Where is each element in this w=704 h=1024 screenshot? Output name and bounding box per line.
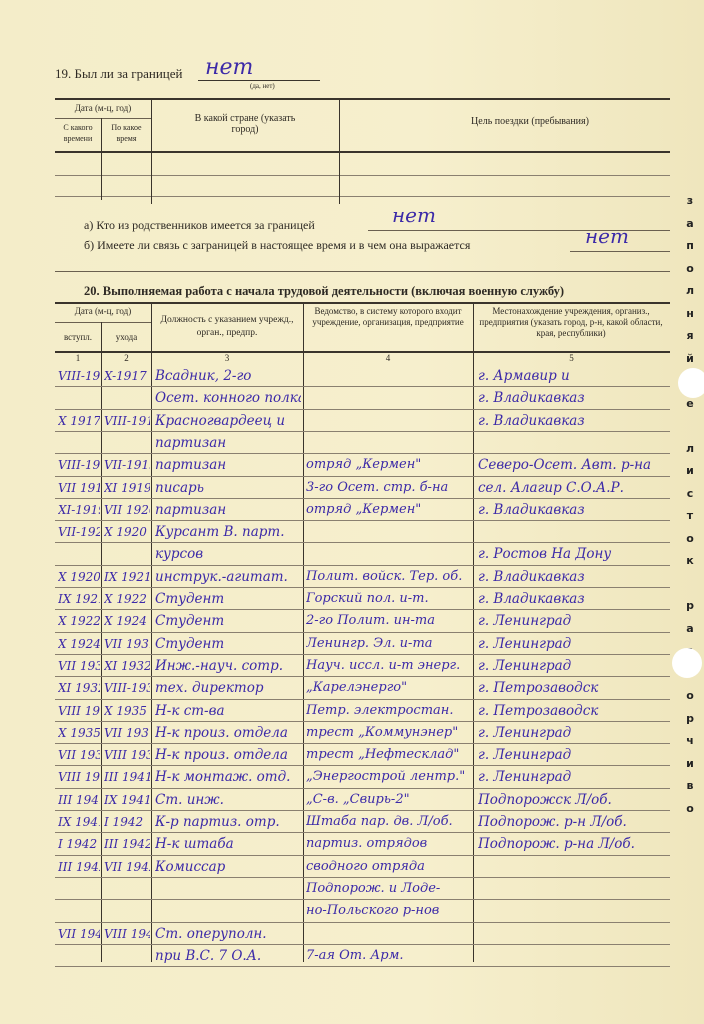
row-divider <box>55 386 670 387</box>
header-date-group: Дата (м-ц, год) <box>55 306 151 317</box>
cell-position: Осет. конного полка <box>155 388 301 408</box>
cell-location: г. Армавир и <box>478 366 668 386</box>
cell-position: Ст. оперуполн. <box>155 924 301 944</box>
cell-agency: Горский пол. и-т. <box>306 589 472 609</box>
header-position: Должность с указанием учрежд., орган., п… <box>156 314 298 340</box>
header-date-group: Дата (м-ц, год) <box>55 103 151 114</box>
cell-agency: 2-го Полит. ин-та <box>306 611 472 631</box>
col-num: 3 <box>151 353 303 364</box>
divider <box>55 196 670 197</box>
cell-start: X 1924 <box>58 634 100 654</box>
divider <box>339 98 340 204</box>
cell-start: VII 1919 <box>58 478 100 498</box>
cell-position: К-р партиз. отр. <box>155 812 301 832</box>
row-divider <box>55 855 670 856</box>
cell-position: Курсант В. парт. <box>155 522 301 542</box>
cell-position: партизан <box>155 433 301 453</box>
cell-end: VII 1931 <box>104 634 150 654</box>
cell-location: Подпорожск Л/об. <box>478 790 668 810</box>
divider <box>55 98 670 100</box>
cell-position: инструк.-агитат. <box>155 567 301 587</box>
margin-instruction: заполняйте листок разборчиво <box>683 190 697 820</box>
row-divider <box>55 409 670 410</box>
row-divider <box>55 431 670 432</box>
cell-end: XI 1919 <box>104 478 150 498</box>
cell-end: VII 1942 <box>104 857 150 877</box>
cell-position: Комиссар <box>155 857 301 877</box>
divider <box>55 175 670 176</box>
answer-underline <box>570 251 670 252</box>
row-divider <box>55 654 670 655</box>
divider <box>101 322 102 962</box>
document-page: 19. Был ли за границей нет (да, нет) Дат… <box>0 0 704 1024</box>
header-purpose: Цель поездки (пребывания) <box>420 116 640 127</box>
cell-end: III 1942 <box>104 834 150 854</box>
cell-agency: Ленингр. Эл. и-та <box>306 634 472 654</box>
cell-start: I 1942 <box>58 834 100 854</box>
row-divider <box>55 832 670 833</box>
cell-start: VIII 1933 <box>58 701 100 721</box>
cell-location: сел. Алагир С.О.А.Р. <box>478 478 668 498</box>
cell-position: Студент <box>155 634 301 654</box>
cell-end: X 1924 <box>104 611 150 631</box>
cell-start: VIII 1938 <box>58 767 100 787</box>
cell-end: XI 1932 <box>104 656 150 676</box>
header-agency: Ведомство, в систему которого входит учр… <box>306 306 470 328</box>
divider <box>55 322 151 323</box>
cell-location: г. Владикавказ <box>478 411 668 431</box>
col-num: 5 <box>473 353 670 364</box>
cell-position: при В.С. 7 О.А. <box>155 946 301 966</box>
divider <box>55 271 670 272</box>
col-num: 4 <box>303 353 473 364</box>
cell-agency: партиз. отрядов <box>306 834 472 854</box>
section19-answer: нет <box>205 55 253 80</box>
cell-end: VII 1937 <box>104 723 150 743</box>
section20-title: 20. Выполняемая работа с начала трудовой… <box>84 284 564 299</box>
question-b-label: б) Имеете ли связь с заграницей в настоя… <box>84 238 470 253</box>
cell-start: IX 1921 <box>58 589 100 609</box>
row-divider <box>55 966 670 967</box>
cell-end: X-1917 <box>104 366 150 386</box>
cell-start: XI-1919 <box>58 500 100 520</box>
cell-location: г. Ростов На Дону <box>478 544 668 564</box>
cell-agency: „С-в. „Свирь-2" <box>306 790 472 810</box>
cell-position: Красногвардеец и <box>155 411 301 431</box>
row-divider <box>55 743 670 744</box>
cell-position: Н-к произ. отдела <box>155 723 301 743</box>
cell-agency: Подпорож. и Лоде- <box>306 879 472 899</box>
cell-start: X 1920 <box>58 567 100 587</box>
cell-end: X 1920 <box>104 522 150 542</box>
cell-start: VII 1942 <box>58 924 100 944</box>
cell-position: Всадник, 2-го <box>155 366 301 386</box>
question-b-answer: нет <box>585 224 629 248</box>
row-divider <box>55 498 670 499</box>
cell-start: X 1917 <box>58 411 100 431</box>
cell-location: г. Ленинград <box>478 745 668 765</box>
cell-start: VII-1920 <box>58 522 100 542</box>
row-divider <box>55 542 670 543</box>
cell-end: VII 1920 <box>104 500 150 520</box>
cell-start: X 1922 <box>58 611 100 631</box>
cell-position: партизан <box>155 455 301 475</box>
cell-position: тех. директор <box>155 678 301 698</box>
cell-position: партизан <box>155 500 301 520</box>
row-divider <box>55 765 670 766</box>
cell-location: г. Владикавказ <box>478 388 668 408</box>
row-divider <box>55 453 670 454</box>
cell-agency: отряд „Кермен" <box>306 500 472 520</box>
cell-agency: Штаба пар. дв. Л/об. <box>306 812 472 832</box>
row-divider <box>55 899 670 900</box>
cell-start: VII 1937 <box>58 745 100 765</box>
cell-agency: отряд „Кермен" <box>306 455 472 475</box>
cell-location: г. Владикавказ <box>478 589 668 609</box>
header-to: По какое время <box>102 122 151 144</box>
answer-underline <box>198 80 320 81</box>
row-divider <box>55 520 670 521</box>
cell-end: IX 1921 <box>104 567 150 587</box>
cell-end: III 1941 <box>104 767 150 787</box>
row-divider <box>55 810 670 811</box>
divider <box>55 118 151 119</box>
question-a-answer: нет <box>392 203 436 227</box>
header-location: Местонахождение учреждения, организ., пр… <box>476 306 666 339</box>
cell-position: Н-к произ. отдела <box>155 745 301 765</box>
section19-label: 19. Был ли за границей <box>55 66 183 82</box>
cell-end: VIII-1933 <box>104 678 150 698</box>
row-divider <box>55 587 670 588</box>
cell-position: Н-к монтаж. отд. <box>155 767 301 787</box>
cell-position: писарь <box>155 478 301 498</box>
row-divider <box>55 699 670 700</box>
cell-position: курсов <box>155 544 301 564</box>
cell-location: Подпорож. р-на Л/об. <box>478 834 668 854</box>
cell-agency: трест „Нефтесклад" <box>306 745 472 765</box>
cell-position: Ст. инж. <box>155 790 301 810</box>
cell-position: Н-к ст-ва <box>155 701 301 721</box>
question-a-label: а) Кто из родственников имеется за грани… <box>84 218 315 233</box>
cell-end: IX 1941 <box>104 790 150 810</box>
divider <box>55 151 670 153</box>
cell-location: г. Ленинград <box>478 656 668 676</box>
cell-agency: сводного отряда <box>306 857 472 877</box>
cell-agency: Петр. электростан. <box>306 701 472 721</box>
cell-location: Подпорож. р-н Л/об. <box>478 812 668 832</box>
cell-location: г. Ленинград <box>478 634 668 654</box>
punch-hole <box>672 648 702 678</box>
cell-agency: „Энергострой лентр." <box>306 767 472 787</box>
cell-start: III 1941 <box>58 790 100 810</box>
row-divider <box>55 476 670 477</box>
header-country: В какой стране (указать город) <box>190 113 300 135</box>
row-divider <box>55 676 670 677</box>
row-divider <box>55 877 670 878</box>
cell-agency: 7-ая От. Арм. <box>306 946 472 966</box>
cell-agency: 3-го Осет. стр. б-на <box>306 478 472 498</box>
cell-start: IX 1941 <box>58 812 100 832</box>
cell-location: г. Ленинград <box>478 723 668 743</box>
cell-agency: Науч. иссл. и-т энерг. <box>306 656 472 676</box>
cell-start: VIII-1916 <box>58 366 100 386</box>
cell-end: VIII 1938 <box>104 745 150 765</box>
cell-location: г. Ленинград <box>478 767 668 787</box>
header-start: вступл. <box>55 332 101 343</box>
punch-hole <box>678 368 704 398</box>
cell-end: VIII-1918 <box>104 411 150 431</box>
cell-position: Н-к штаба <box>155 834 301 854</box>
cell-location: г. Владикавказ <box>478 500 668 520</box>
cell-start: VIII-1918 <box>58 455 100 475</box>
row-divider <box>55 944 670 945</box>
cell-start: VII 1931 <box>58 656 100 676</box>
cell-end: X 1935 <box>104 701 150 721</box>
cell-end: VII-1919 <box>104 455 150 475</box>
divider <box>55 302 670 304</box>
cell-end: X 1922 <box>104 589 150 609</box>
cell-agency: Полит. войск. Тер. об. <box>306 567 472 587</box>
cell-position: Студент <box>155 589 301 609</box>
cell-end: I 1942 <box>104 812 150 832</box>
cell-position: Студент <box>155 611 301 631</box>
row-divider <box>55 788 670 789</box>
header-from: С какого времени <box>55 122 101 144</box>
section19-hint: (да, нет) <box>250 82 275 90</box>
cell-agency: но-Польского р-нов <box>306 901 472 921</box>
cell-location: г. Петрозаводск <box>478 701 668 721</box>
col-num: 2 <box>102 353 151 364</box>
col-num: 1 <box>55 353 101 364</box>
cell-end: VIII 1943 <box>104 924 150 944</box>
header-end: ухода <box>102 332 151 343</box>
row-divider <box>55 721 670 722</box>
cell-location: Северо-Осет. Авт. р-на <box>478 455 668 475</box>
row-divider <box>55 632 670 633</box>
cell-location: г. Ленинград <box>478 611 668 631</box>
row-divider <box>55 609 670 610</box>
divider <box>151 98 152 204</box>
cell-start: X 1935 <box>58 723 100 743</box>
cell-location: г. Владикавказ <box>478 567 668 587</box>
row-divider <box>55 565 670 566</box>
cell-location: г. Петрозаводск <box>478 678 668 698</box>
cell-start: XI 1932 <box>58 678 100 698</box>
row-divider <box>55 922 670 923</box>
cell-agency: трест „Коммунэнер" <box>306 723 472 743</box>
cell-agency: „Карелэнерго" <box>306 678 472 698</box>
cell-position: Инж.-науч. сотр. <box>155 656 301 676</box>
cell-start: III 1942 <box>58 857 100 877</box>
